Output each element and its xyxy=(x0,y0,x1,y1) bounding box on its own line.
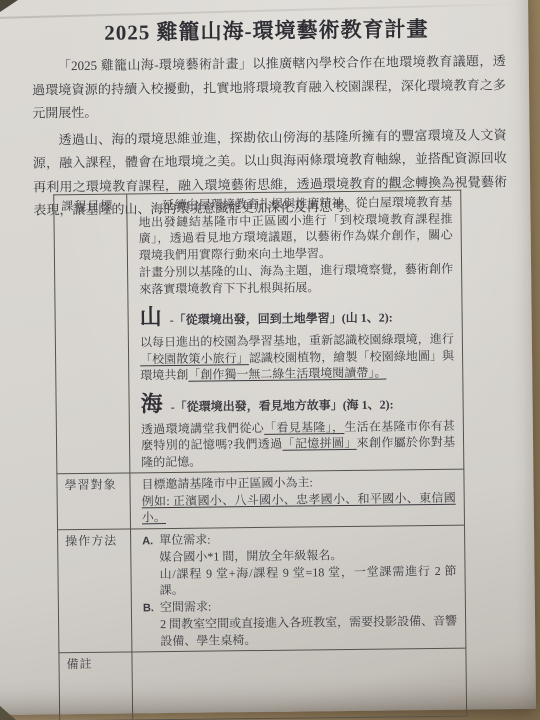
row-label-method: 操作方法 xyxy=(58,528,132,652)
note-cell xyxy=(132,648,467,720)
goal-cell: 延續白屋環境教育扎根與推廣精神，從白屋環境教育基地出發鏈結基隆市中正區國小進行「… xyxy=(127,190,464,473)
audience-line-2: 例如: 正濱國小、八斗國小、忠孝國小、和平國小、東信國小。 xyxy=(142,489,456,526)
sea-paragraph: 透過環境講堂我們從心「看見基隆」，生活在基隆市你有甚麼特別的記憶嗎?我們透過「記… xyxy=(141,417,456,470)
paper-document: 2025 雞籠山海-環境藝術教育計畫 「2025 雞籠山海-環境藝術計畫」以推廣… xyxy=(0,0,536,715)
row-label-audience: 學習對象 xyxy=(57,473,131,529)
document-content: 2025 雞籠山海-環境藝術教育計畫 「2025 雞籠山海-環境藝術計畫」以推廣… xyxy=(0,0,540,720)
item-letter-b: B. xyxy=(143,600,160,617)
document-title: 2025 雞籠山海-環境藝術教育計畫 xyxy=(0,12,537,48)
method-line: 山/課程 9 堂+海/課程 9 堂=18 堂，一堂課需進行 2 節課。 xyxy=(159,562,456,598)
plan-table: 課程目標 延續白屋環境教育扎根與推廣精神，從白屋環境教育基地出發鏈結基隆市中正區… xyxy=(53,190,467,720)
goal-paragraph-2: 計畫分別以基隆的山、海為主題，進行環境察覺，藝術創作來落實環境教育下下扎根與拓展… xyxy=(139,261,453,298)
item-letter-a: A. xyxy=(142,533,159,550)
underlined-phrase: 「記憶拼圖」 xyxy=(282,436,356,451)
photo-backdrop: 2025 雞籠山海-環境藝術教育計畫 「2025 雞籠山海-環境藝術計畫」以推廣… xyxy=(0,0,540,720)
sea-section-heading: 海-「從環境出發，看見地方故事」(海 1、2): xyxy=(140,388,454,419)
table-row-audience: 學習對象 目標邀請基隆市中正區國小為主: 例如: 正濱國小、八斗國小、忠孝國小、… xyxy=(57,469,465,529)
mountain-glyph: 山 xyxy=(139,304,162,329)
mountain-seg-1: 以每日進出的校園為學習基地，重新認識校園綠環境，進行 xyxy=(140,332,454,350)
row-label-note: 備註 xyxy=(59,652,133,720)
method-cell: A.單位需求: 媒合國小*1 間，開放全年級報名。 山/課程 9 堂+海/課程 … xyxy=(131,525,466,652)
intro-paragraph: 「2025 雞籠山海-環境藝術計畫」以推廣轄內學校合作在地環境教育議題，透過環境… xyxy=(32,49,507,125)
mountain-paragraph: 以每日進出的校園為學習基地，重新認識校園綠環境，進行「校園散策小旅行」認識校園植… xyxy=(140,331,455,384)
sea-heading-text: -「從環境出發，看見地方故事」(海 1、2): xyxy=(171,397,394,414)
audience-cell: 目標邀請基隆市中正區國小為主: 例如: 正濱國小、八斗國小、忠孝國小、和平國小、… xyxy=(130,469,465,528)
table-row-method: 操作方法 A.單位需求: 媒合國小*1 間，開放全年級報名。 山/課程 9 堂+… xyxy=(58,525,466,653)
table-row-goal: 課程目標 延續白屋環境教育扎根與推廣精神，從白屋環境教育基地出發鏈結基隆市中正區… xyxy=(54,190,464,474)
underlined-phrase: 「創作獨一無二綠生活環境閱讀帶」。 xyxy=(188,366,386,382)
table-row-note: 備註 xyxy=(59,648,467,720)
sea-glyph: 海 xyxy=(140,391,163,416)
sea-seg-1: 透過環境講堂我們從心 xyxy=(141,420,264,435)
mountain-section-heading: 山-「從環境出發，回到土地學習」(山 1、2): xyxy=(139,302,453,333)
item-title-b: 空間需求: xyxy=(160,599,211,614)
mountain-heading-text: -「從環境出發，回到土地學習」(山 1、2): xyxy=(170,310,393,327)
row-label-goal: 課程目標 xyxy=(54,194,130,474)
item-title-a: 單位需求: xyxy=(159,532,210,547)
underlined-phrase: 「校園散策小旅行」 xyxy=(140,351,249,366)
method-line: 2 間教室空間或直接進入各班教室，需要投影設備、音響設備、學生桌椅。 xyxy=(160,613,457,649)
goal-paragraph-1: 延續白屋環境教育扎根與推廣精神，從白屋環境教育基地出發鏈結基隆市中正區國小進行「… xyxy=(138,194,453,264)
underlined-phrase: 「看見基隆」， xyxy=(264,420,344,435)
